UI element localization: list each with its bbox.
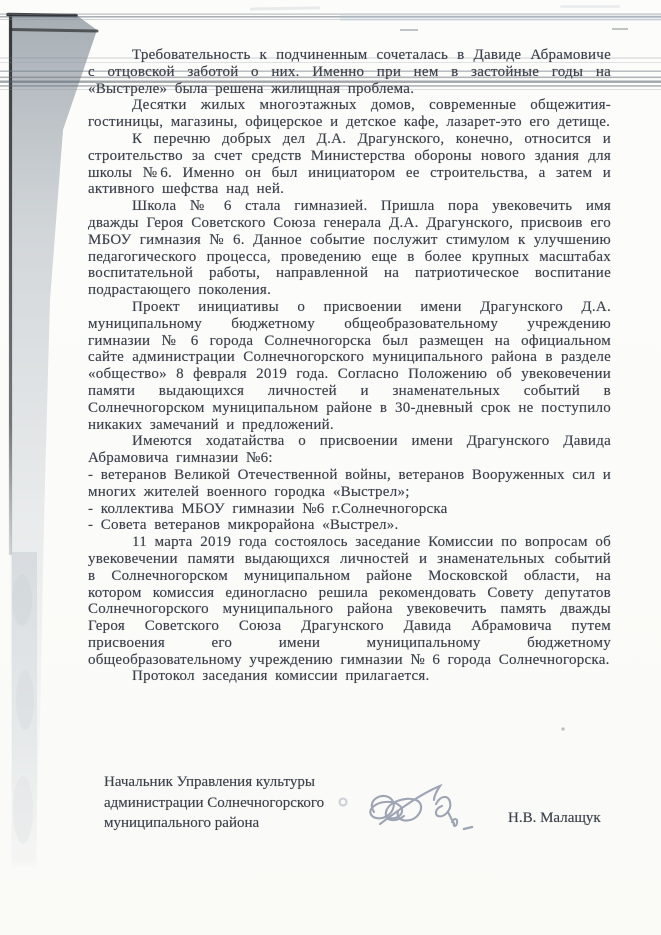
scan-streak-band-top xyxy=(0,14,661,32)
paragraph-housing: Десятки жилых многоэтажных домов, соврем… xyxy=(88,97,611,131)
handwritten-signature xyxy=(336,778,486,840)
corner-fold-shadow xyxy=(8,14,97,867)
paragraph-school-building: К перечню добрых дел Д.А. Драгунского, к… xyxy=(88,131,611,198)
paragraph-petitions-intro: Имеются ходатайства о присвоении имени Д… xyxy=(88,433,611,467)
paragraph-gymnasium-naming: Школа № 6 стала гимназией. Пришла пора у… xyxy=(88,198,611,299)
signature-block: Начальник Управления культуры администра… xyxy=(104,772,624,882)
paragraph-protocol-attached: Протокол заседания комиссии прилагается. xyxy=(88,668,611,685)
paragraph-requirements: Требовательность к подчиненным сочеталас… xyxy=(88,47,611,97)
petition-item-veterans-council: - Совета ветеранов микрорайона «Выстрел»… xyxy=(88,517,611,534)
petition-item-veterans: - ветеранов Великой Отечественной войны,… xyxy=(88,467,611,501)
petition-item-school-staff: - коллектива МБОУ гимназии №6 г.Солнечно… xyxy=(88,501,611,518)
paragraph-commission-meeting: 11 марта 2019 года состоялось заседание … xyxy=(88,534,611,668)
signatory-title-line: Начальник Управления культуры xyxy=(104,772,354,793)
scanned-document-page: Требовательность к подчиненным сочеталас… xyxy=(0,0,661,935)
signatory-title-line: муниципального района xyxy=(104,813,354,834)
paragraph-initiative-publication: Проект инициативы о присвоении имени Дра… xyxy=(88,299,611,433)
signatory-title-line: администрации Солнечногорского xyxy=(104,793,354,814)
signatory-title: Начальник Управления культуры администра… xyxy=(104,772,354,834)
document-body: Требовательность к подчиненным сочеталас… xyxy=(88,47,611,685)
signatory-name: Н.В. Малащук xyxy=(508,808,601,829)
